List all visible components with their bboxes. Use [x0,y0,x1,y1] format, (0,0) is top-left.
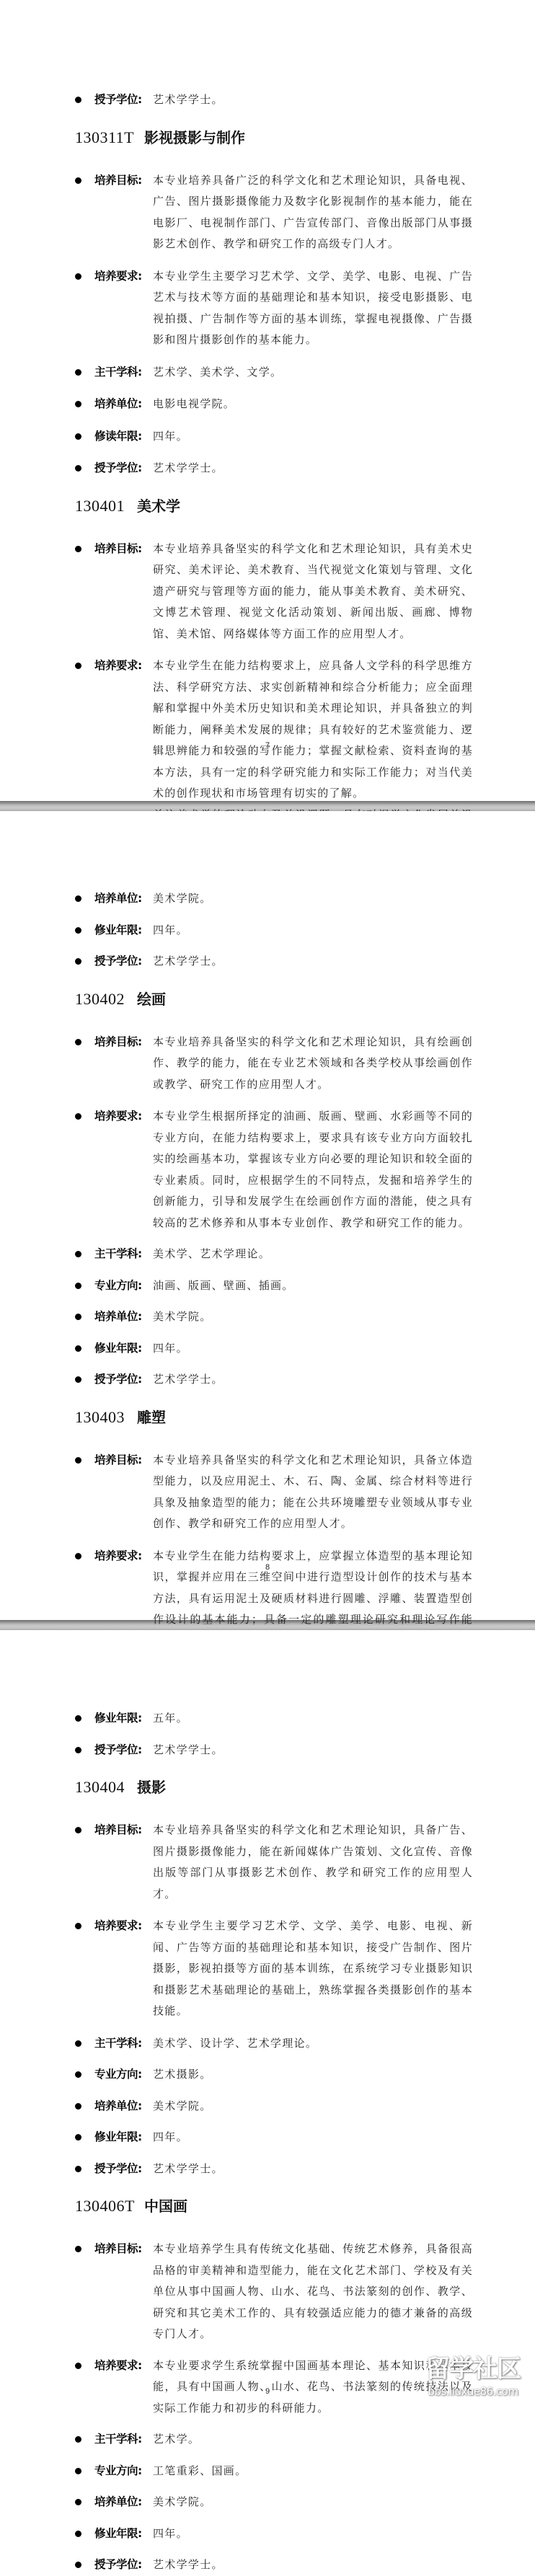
bullet-icon [75,170,94,192]
field-value-paragraph-1: 本专业学生在能力结构要求上，应具备人文学科的科学思维方法、科学研究方法、求实创新… [153,655,473,805]
field-label: 主干学科: [94,2033,153,2055]
major-code: 130402 [75,988,137,1010]
field-degree: 授予学位: 艺术学学士。 [75,89,473,111]
field-value: 电影电视学院。 [153,394,473,415]
watermark-logo: 留学社区 bbs.liuxue86.com [418,2353,528,2409]
field-label: 授予学位: [94,1369,153,1391]
field-value: 四年。 [153,426,473,448]
bullet-icon [75,266,94,288]
field-value: 艺术学学士。 [153,951,473,973]
major-title: 绘画 [137,988,166,1010]
field-label: 授予学位: [94,458,153,479]
document-page-9: 修业年限: 五年。 授予学位: 艺术学学士。 130404 摄影 培养目标: 本… [0,1630,535,2412]
field-label: 专业方向: [94,1275,153,1297]
bullet-icon [75,1244,94,1265]
field-label: 修业年限: [94,2523,153,2545]
field-value: 美术学院。 [153,1306,473,1328]
bullet-icon [75,2159,94,2180]
field-label: 培养单位: [94,1306,153,1328]
field-label: 主干学科: [94,362,153,384]
field-degree: 授予学位: 艺术学学士。 [75,2159,473,2180]
field-label: 培养单位: [94,2096,153,2117]
page-number: 7 [0,741,535,750]
bullet-icon [75,1740,94,1761]
bullet-icon [75,1306,94,1328]
field-value: 本专业培养具备坚实的科学文化和艺术理论知识，具备立体造型能力，以及应用泥土、木、… [153,1450,473,1535]
field-training-requirements: 培养要求: 本专业学生根据所择定的油画、版画、壁画、水彩画等不同的专业方向，在能… [75,1106,473,1234]
field-main-disciplines: 主干学科: 美术学、艺术学理论。 [75,1244,473,1265]
field-duration: 修业年限: 四年。 [75,1338,473,1360]
field-degree: 授予学位: 艺术学学士。 [75,458,473,479]
field-value: 艺术学学士。 [153,2159,473,2180]
field-label: 授予学位: [94,951,153,973]
major-title: 美术学 [137,495,180,517]
field-label: 授予学位: [94,2554,153,2576]
field-value: 本专业学生根据所择定的油画、版画、壁画、水彩画等不同的专业方向，在能力结构要求上… [153,1106,473,1234]
field-training-requirements: 培养要求: 本专业学生主要学习艺术学、文学、美学、电影、电视、广告艺术与技术等方… [75,266,473,351]
major-heading-130401: 130401 美术学 [75,495,473,517]
field-label: 培养目标: [94,1820,153,1841]
field-training-unit: 培养单位: 电影电视学院。 [75,394,473,415]
major-heading-130406T: 130406T 中国画 [75,2195,473,2217]
field-training-requirements: 培养要求: 本专业学生主要学习艺术学、文学、美学、电影、电视、新闻、广告等方面的… [75,1916,473,2022]
field-value: 本专业培养具备坚实的科学文化和艺术理论知识，具备广告、图片摄影摄像能力，能在新闻… [153,1820,473,1905]
field-degree: 授予学位: 艺术学学士。 [75,1369,473,1391]
bullet-icon [75,920,94,942]
bullet-icon [75,394,94,415]
field-value: 艺术学学士。 [153,1369,473,1391]
field-value: 美术学院。 [153,2096,473,2117]
major-heading-130311T: 130311T 影视摄影与制作 [75,127,473,149]
field-label: 主干学科: [94,1244,153,1265]
major-code: 130401 [75,495,137,517]
field-training-goal: 培养目标: 本专业培养具备坚实的科学文化和艺术理论知识，具备广告、图片摄影摄像能… [75,1820,473,1905]
major-code: 130403 [75,1407,137,1428]
bullet-icon [75,1708,94,1730]
field-label: 修业年限: [94,2127,153,2148]
field-value: 美术学院。 [153,888,473,910]
bullet-icon [75,2554,94,2576]
field-duration: 修业年限: 四年。 [75,920,473,942]
field-label: 修读年限: [94,426,153,448]
field-value: 四年。 [153,2127,473,2148]
field-training-goal: 培养目标: 本专业培养具备广泛的科学文化和艺术理论知识，具备电视、广告、图片摄影… [75,170,473,255]
major-title: 中国画 [144,2195,187,2217]
field-label: 培养要求: [94,655,153,677]
bullet-icon [75,951,94,973]
field-value: 艺术摄影。 [153,2064,473,2086]
page-number: 8 [0,1563,535,1572]
document-page-8: 培养单位: 美术学院。 修业年限: 四年。 授予学位: 艺术学学士。 13040… [0,811,535,1620]
bullet-icon [75,2429,94,2451]
major-title: 雕塑 [137,1407,166,1428]
field-label: 主干学科: [94,2429,153,2451]
bullet-icon [75,539,94,560]
field-label: 培养目标: [94,539,153,560]
field-duration: 修业年限: 五年。 [75,1708,473,1730]
field-value: 四年。 [153,920,473,942]
major-heading-130403: 130403 雕塑 [75,1407,473,1428]
field-label: 修业年限: [94,920,153,942]
field-value: 艺术学。 [153,2429,473,2451]
bullet-icon [75,1820,94,1841]
field-duration: 修读年限: 四年。 [75,426,473,448]
bullet-icon [75,1106,94,1128]
field-label: 培养目标: [94,1032,153,1053]
field-value: 本专业培养具备坚实的科学文化和艺术理论知识，具有绘画创作、教学的能力，能在专业艺… [153,1032,473,1096]
field-value: 油画、版画、壁画、插画。 [153,1275,473,1297]
major-title: 摄影 [137,1776,166,1798]
field-value: 艺术学学士。 [153,458,473,479]
field-value: 美术学、艺术学理论。 [153,1244,473,1265]
bullet-icon [75,2523,94,2545]
field-training-unit: 培养单位: 美术学院。 [75,1306,473,1328]
field-training-unit: 培养单位: 美术学院。 [75,888,473,910]
bullet-icon [75,888,94,910]
field-specialization: 专业方向: 艺术摄影。 [75,2064,473,2086]
field-training-unit: 培养单位: 美术学院。 [75,2096,473,2117]
field-label: 培养要求: [94,1916,153,1937]
bullet-icon [75,2033,94,2055]
field-label: 授予学位: [94,2159,153,2180]
bullet-icon [75,1275,94,1297]
bullet-icon [75,2461,94,2482]
major-title: 影视摄影与制作 [144,127,245,149]
major-code: 130406T [75,2195,144,2217]
bullet-icon [75,2355,94,2377]
field-label: 培养要求: [94,2355,153,2377]
field-value: 艺术学、美术学、文学。 [153,362,473,384]
field-value: 四年。 [153,1338,473,1360]
bullet-icon [75,1338,94,1360]
field-value: 本专业学生主要学习艺术学、文学、美学、电影、电视、广告艺术与技术等方面的基础理论… [153,266,473,351]
field-label: 培养要求: [94,1106,153,1128]
field-training-goal: 培养目标: 本专业培养学生具有传统文化基础、传统艺术修养，具备很高品格的审美精神… [75,2239,473,2345]
bullet-icon [75,1032,94,1053]
field-label: 专业方向: [94,2064,153,2086]
field-value: 艺术学学士。 [153,1740,473,1761]
field-duration: 修业年限: 四年。 [75,2523,473,2545]
field-value: 本专业培养具备坚实的科学文化和艺术理论知识，具有美术史研究、美术评论、美术教育、… [153,539,473,645]
bullet-icon [75,362,94,384]
field-value: 艺术学学士。 [153,2554,473,2576]
major-heading-130402: 130402 绘画 [75,988,473,1010]
field-label: 培养单位: [94,888,153,910]
document-page-7: 授予学位: 艺术学学士。 130311T 影视摄影与制作 培养目标: 本专业培养… [0,0,535,801]
bullet-icon [75,2127,94,2148]
field-value: 五年。 [153,1708,473,1730]
bullet-icon [75,1916,94,1937]
major-heading-130404: 130404 摄影 [75,1776,473,1798]
bullet-icon [75,458,94,479]
field-value: 美术学院。 [153,2492,473,2513]
field-specialization: 专业方向: 油画、版画、壁画、插画。 [75,1275,473,1297]
field-value: 四年。 [153,2523,473,2545]
field-label: 培养目标: [94,1450,153,1471]
bullet-icon [75,89,94,111]
watermark-title: 留学社区 [418,2353,528,2385]
field-label: 修业年限: [94,1708,153,1730]
field-specialization: 专业方向: 工笔重彩、国画。 [75,2461,473,2482]
field-degree: 授予学位: 艺术学学士。 [75,951,473,973]
field-training-goal: 培养目标: 本专业培养具备坚实的科学文化和艺术理论知识，具备立体造型能力，以及应… [75,1450,473,1535]
field-label: 培养要求: [94,266,153,288]
bullet-icon [75,1450,94,1471]
field-main-disciplines: 主干学科: 艺术学。 [75,2429,473,2451]
field-label: 培养单位: [94,2492,153,2513]
field-label: 修业年限: [94,1338,153,1360]
bullet-icon [75,655,94,677]
bullet-icon [75,2492,94,2513]
bullet-icon [75,2239,94,2260]
major-code: 130404 [75,1776,137,1798]
field-training-goal: 培养目标: 本专业培养具备坚实的科学文化和艺术理论知识，具有绘画创作、教学的能力… [75,1032,473,1096]
field-main-disciplines: 主干学科: 艺术学、美术学、文学。 [75,362,473,384]
bullet-icon [75,2096,94,2117]
field-value: 本专业培养具备广泛的科学文化和艺术理论知识，具备电视、广告、图片摄影摄像能力及数… [153,170,473,255]
bullet-icon [75,1369,94,1391]
field-value: 本专业学生主要学习艺术学、文学、美学、电影、电视、新闻、广告等方面的基础理论和基… [153,1916,473,2022]
field-training-unit: 培养单位: 美术学院。 [75,2492,473,2513]
field-label: 培养单位: [94,394,153,415]
field-duration: 修业年限: 四年。 [75,2127,473,2148]
field-training-goal: 培养目标: 本专业培养具备坚实的科学文化和艺术理论知识，具有美术史研究、美术评论… [75,539,473,645]
field-value: 美术学、设计学、艺术学理论。 [153,2033,473,2055]
field-degree: 授予学位: 艺术学学士。 [75,2554,473,2576]
bullet-icon [75,426,94,448]
field-label: 授予学位: [94,1740,153,1761]
field-label: 专业方向: [94,2461,153,2482]
field-value: 工笔重彩、国画。 [153,2461,473,2482]
field-label: 培养目标: [94,170,153,192]
major-code: 130311T [75,127,144,149]
field-value: 艺术学学士。 [153,89,473,111]
bullet-icon [75,2064,94,2086]
field-value: 本专业培养学生具有传统文化基础、传统艺术修养，具备很高品格的审美精神和造型能力，… [153,2239,473,2345]
field-main-disciplines: 主干学科: 美术学、设计学、艺术学理论。 [75,2033,473,2055]
field-label: 授予学位: [94,89,153,111]
watermark-url: bbs.liuxue86.com [418,2385,528,2398]
field-degree: 授予学位: 艺术学学士。 [75,1740,473,1761]
field-label: 培养目标: [94,2239,153,2260]
